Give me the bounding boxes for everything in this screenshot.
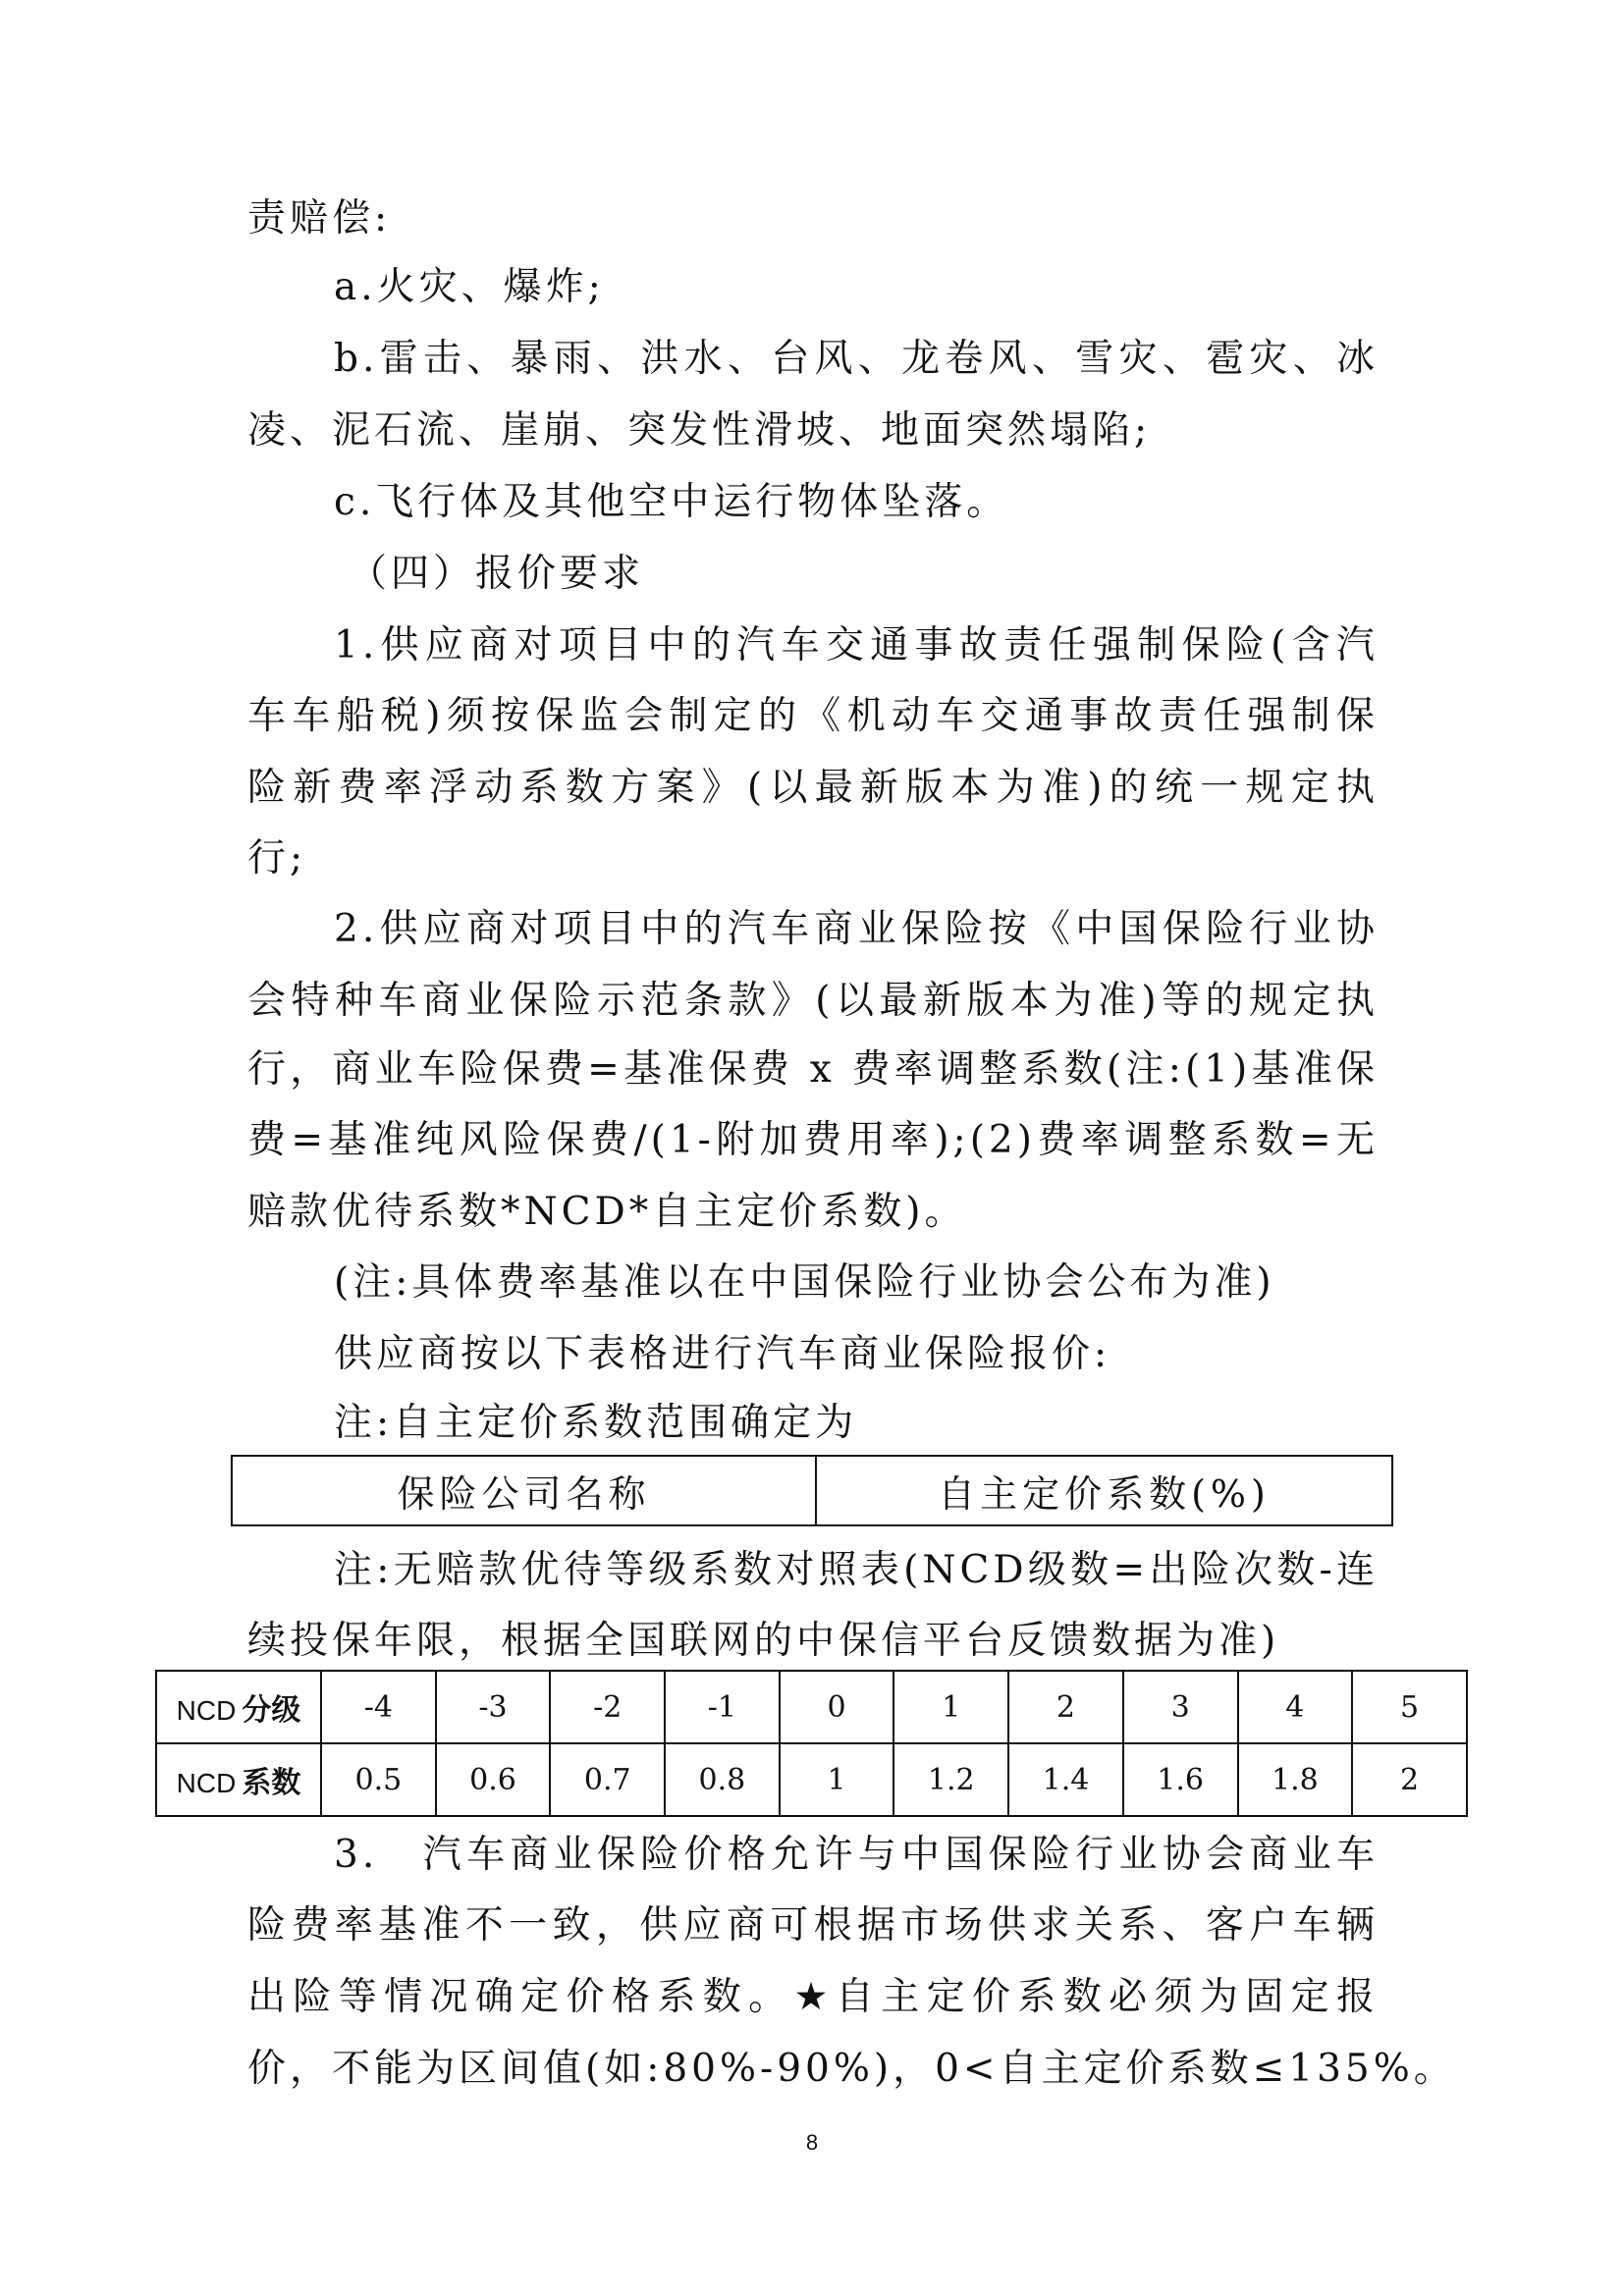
table-cell: 3 bbox=[1123, 1671, 1238, 1743]
table-row-ncd-level: NCD分级 -4 -3 -2 -1 0 1 2 3 4 5 bbox=[156, 1671, 1467, 1743]
note-ncd-table-line-2: 续投保年限，根据全国联网的中保信平台反馈数据为准) bbox=[247, 1606, 1379, 1677]
section-heading-quotation-requirements: （四）报价要求 bbox=[349, 539, 1379, 610]
ncd-coefficient-table: NCD分级 -4 -3 -2 -1 0 1 2 3 4 5 NCD系数 0.5 … bbox=[155, 1670, 1468, 1817]
table-cell: 0 bbox=[780, 1671, 894, 1743]
item-3-line-1: 3. 汽车商业保险价格允许与中国保险行业协会商业车 bbox=[334, 1820, 1379, 1891]
table-cell: 1.6 bbox=[1123, 1743, 1238, 1816]
table-row: 保险公司名称 自主定价系数(%) bbox=[232, 1456, 1392, 1525]
row-label-ncd-coefficient: NCD系数 bbox=[156, 1743, 321, 1816]
item-1-line-1: 1.供应商对项目中的汽车交通事故责任强制保险(含汽 bbox=[334, 611, 1379, 681]
item-2-line-3: 行，商业车险保费=基准保费 x 费率调整系数(注:(1)基准保 bbox=[247, 1035, 1379, 1105]
table-cell: 2 bbox=[1352, 1743, 1467, 1816]
label-zh: 分级 bbox=[242, 1694, 300, 1727]
quotation-table-intro: 供应商按以下表格进行汽车商业保险报价: bbox=[334, 1319, 1379, 1390]
star-icon: ★ bbox=[794, 1975, 836, 2019]
page-number: 8 bbox=[797, 2130, 827, 2156]
item-3-line-2: 险费率基准不一致，供应商可根据市场供求关系、客户车辆 bbox=[247, 1891, 1379, 1961]
table-cell: 0.8 bbox=[665, 1743, 780, 1816]
table-cell: 5 bbox=[1352, 1671, 1467, 1743]
item-1-line-2: 车车船税)须按保监会制定的《机动车交通事故责任强制保 bbox=[247, 681, 1379, 752]
label-prefix: NCD bbox=[177, 1695, 237, 1726]
paragraph-line: 责赔偿: bbox=[247, 184, 1379, 254]
table-cell: 4 bbox=[1238, 1671, 1353, 1743]
item-1-line-3: 险新费率浮动系数方案》(以最新版本为准)的统一规定执 bbox=[247, 753, 1379, 824]
list-item-b: b.雷击、暴雨、洪水、台风、龙卷风、雪灾、雹灾、冰 bbox=[334, 324, 1379, 395]
table-cell: -2 bbox=[550, 1671, 665, 1743]
label-zh: 系数 bbox=[242, 1767, 300, 1799]
header-pricing-coefficient: 自主定价系数(%) bbox=[816, 1456, 1392, 1525]
item-3-line-3-text-after: 自主定价系数必须为固定报 bbox=[836, 1975, 1379, 2019]
table-cell: -1 bbox=[665, 1671, 780, 1743]
item-3-line-3-text: 出险等情况确定价格系数。 bbox=[247, 1975, 794, 2019]
table-cell: 1.2 bbox=[893, 1743, 1008, 1816]
document-page: 责赔偿: a.火灾、爆炸; b.雷击、暴雨、洪水、台风、龙卷风、雪灾、雹灾、冰 … bbox=[0, 0, 1624, 2296]
item-2-line-1: 2.供应商对项目中的汽车商业保险按《中国保险行业协 bbox=[334, 894, 1379, 965]
item-3-line-4: 价，不能为区间值(如:80%-90%)，0<自主定价系数≤135%。 bbox=[247, 2034, 1379, 2105]
label-prefix: NCD bbox=[177, 1768, 237, 1798]
table-cell: -3 bbox=[436, 1671, 551, 1743]
company-pricing-table: 保险公司名称 自主定价系数(%) bbox=[231, 1455, 1393, 1526]
list-item-a: a.火灾、爆炸; bbox=[334, 252, 1379, 323]
header-company-name: 保险公司名称 bbox=[232, 1456, 816, 1525]
table-cell: 1 bbox=[780, 1743, 894, 1816]
note-rate-benchmark: (注:具体费率基准以在中国保险行业协会公布为准) bbox=[334, 1248, 1379, 1318]
table-cell: 0.6 bbox=[436, 1743, 551, 1816]
table-cell: 1.4 bbox=[1008, 1743, 1123, 1816]
note-ncd-table-line-1: 注:无赔款优待等级系数对照表(NCD级数=出险次数-连 bbox=[334, 1535, 1379, 1606]
table-cell: 1 bbox=[893, 1671, 1008, 1743]
item-3-line-3: 出险等情况确定价格系数。★自主定价系数必须为固定报 bbox=[247, 1962, 1379, 2033]
table-cell: 2 bbox=[1008, 1671, 1123, 1743]
table-row-ncd-coefficient: NCD系数 0.5 0.6 0.7 0.8 1 1.2 1.4 1.6 1.8 … bbox=[156, 1743, 1467, 1816]
note-pricing-range: 注:自主定价系数范围确定为 bbox=[334, 1388, 1379, 1459]
list-item-c: c.飞行体及其他空中运行物体坠落。 bbox=[334, 467, 1379, 538]
row-label-ncd-level: NCD分级 bbox=[156, 1671, 321, 1743]
item-1-line-4: 行; bbox=[247, 824, 1379, 894]
table-cell: -4 bbox=[321, 1671, 436, 1743]
item-2-line-2: 会特种车商业保险示范条款》(以最新版本为准)等的规定执 bbox=[247, 966, 1379, 1037]
table-cell: 0.5 bbox=[321, 1743, 436, 1816]
item-2-line-4: 费=基准纯风险保费/(1-附加费用率);(2)费率调整系数=无 bbox=[247, 1105, 1379, 1176]
table-cell: 0.7 bbox=[550, 1743, 665, 1816]
list-item-b-continued: 凌、泥石流、崖崩、突发性滑坡、地面突然塌陷; bbox=[247, 396, 1379, 466]
table-cell: 1.8 bbox=[1238, 1743, 1353, 1816]
item-2-line-5: 赔款优待系数*NCD*自主定价系数)。 bbox=[247, 1177, 1379, 1248]
